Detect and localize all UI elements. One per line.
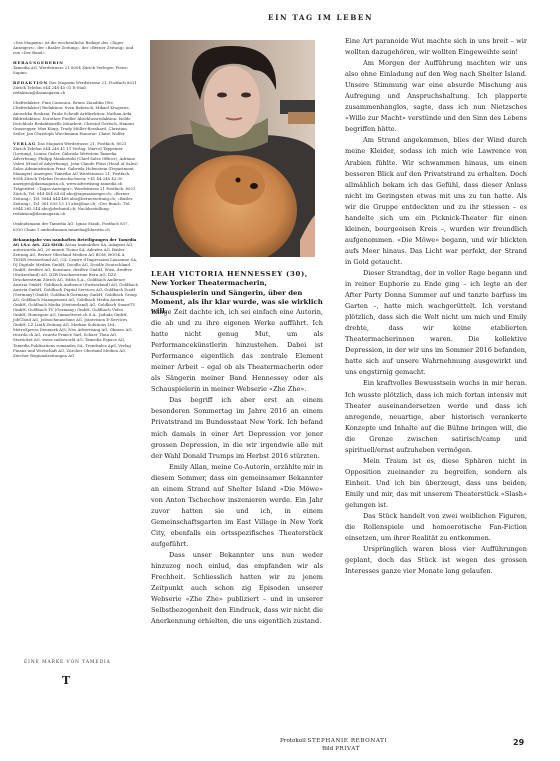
caption-name: LEAH VICTORIA HENNESSEY (30),	[151, 270, 308, 278]
imprint-intro: «Das Magazin» ist die wöchentliche Beila…	[13, 40, 138, 55]
page-number: 29	[513, 738, 524, 747]
imprint-editorial: REDAKTION Das Magazin Werdstrasse 21, Po…	[13, 80, 138, 95]
paragraph: Dieser Strandtag, der in voller Rage beg…	[345, 268, 527, 378]
article-column-right: Eine Art paranoide Wut machte sich in un…	[345, 36, 527, 577]
imprint-verlag: VERLAG Das Magazin Werdstrasse 21, Postf…	[13, 141, 138, 217]
holdings-text: Actua Immobilier SA, Adagent AG, autoric…	[13, 242, 138, 358]
imprint-staff: Chefredaktor: Finn Canonica, Bruno Ziaud…	[13, 100, 138, 135]
protocol-credit: Protokoll STEPHANIE REBONATI	[280, 738, 387, 746]
paragraph: Am Morgen der Aufführung machten wir uns…	[345, 58, 527, 135]
article-column-middle: Lange Zeit dachte ich, ich sei einfach e…	[151, 307, 323, 627]
brand-line: EINE MARKE VON TAMEDIA	[24, 660, 111, 665]
paragraph: Ursprünglich waren bloss vier Aufführung…	[345, 544, 527, 577]
paragraph: Ein kraftvolles Bewusstsein wuchs in mir…	[345, 378, 527, 455]
protocol-label: Protokoll	[280, 738, 306, 744]
verlag-text: Das Magazin Werdstrasse 21, Postfach, 80…	[13, 141, 138, 217]
tamedia-logo-icon: T	[62, 674, 70, 687]
paragraph: Emily Allan, meine Co-Autorin, erzählte …	[151, 462, 323, 550]
imprint-ombudsman: Ombudsmann der Tamedia AG: Ignaz Staub, …	[13, 221, 138, 231]
paragraph: Lange Zeit dachte ich, ich sei einfach e…	[151, 307, 323, 395]
section-title: EIN TAG IM LEBEN	[268, 13, 373, 22]
imprint-publisher: HERAUSGEBERIN Tamedia AG, Werdstrasse 21…	[13, 60, 138, 75]
imprint-holdings: Bekanntgabe von namhaften Beteiligungen …	[13, 237, 138, 358]
portrait-photo	[150, 40, 315, 257]
paragraph: Das begriff ich aber erst an einem beson…	[151, 395, 323, 461]
paragraph: Dass unser Bekannter uns nun weder hinzu…	[151, 550, 323, 627]
paragraph: Das Stück handelt von zwei weiblichen Fi…	[345, 511, 527, 544]
paragraph: Mein Traum ist es, diese Sphären nicht i…	[345, 456, 527, 511]
publisher-text: Tamedia AG, Werdstrasse 21 8004 Zürich V…	[13, 65, 128, 75]
paragraph: Am Strand angekommen, blies der Wind dur…	[345, 135, 527, 268]
article-credits: Protokoll STEPHANIE REBONATI Bild PRIVAT	[280, 738, 387, 746]
protocol-name: STEPHANIE REBONATI	[308, 738, 388, 744]
photo-credit: Bild PRIVAT	[322, 746, 360, 754]
imprint-column: «Das Magazin» ist die wöchentliche Beila…	[13, 40, 138, 363]
paragraph: Eine Art paranoide Wut machte sich in un…	[345, 36, 527, 58]
photo-credit-name: PRIVAT	[335, 746, 360, 752]
photo-label: Bild	[322, 746, 333, 752]
